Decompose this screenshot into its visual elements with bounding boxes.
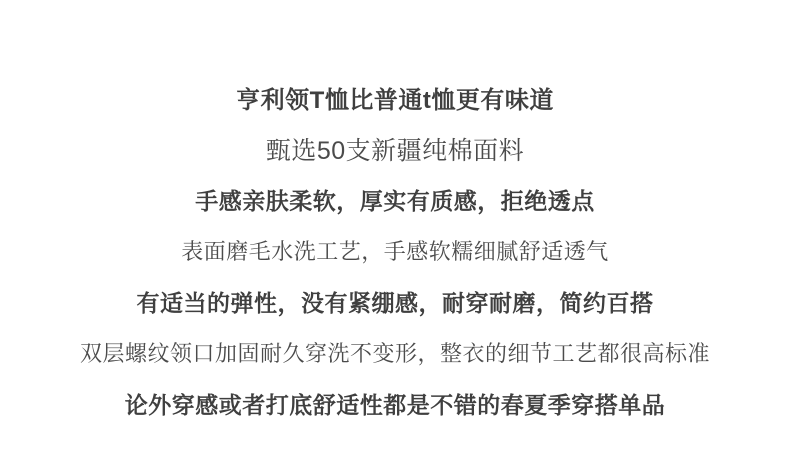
subtitle: 甄选50支新疆纯棉面料: [0, 123, 790, 174]
description-line-1: 手感亲肤柔软，厚实有质感，拒绝透点: [0, 174, 790, 225]
title: 亨利领T恤比普通t恤更有味道: [0, 72, 790, 123]
description-line-2: 表面磨毛水洗工艺，手感软糯细腻舒适透气: [0, 225, 790, 276]
description-line-3: 有适当的弹性，没有紧绷感，耐穿耐磨，简约百搭: [0, 276, 790, 327]
product-description-page: { "page": { "kind": "product-description…: [0, 0, 790, 456]
description-line-5: 论外穿感或者打底舒适性都是不错的春夏季穿搭单品: [0, 378, 790, 429]
description-text-block: 亨利领T恤比普通t恤更有味道 甄选50支新疆纯棉面料 手感亲肤柔软，厚实有质感，…: [0, 0, 790, 456]
description-line-4: 双层螺纹领口加固耐久穿洗不变形，整衣的细节工艺都很高标准: [0, 327, 790, 378]
